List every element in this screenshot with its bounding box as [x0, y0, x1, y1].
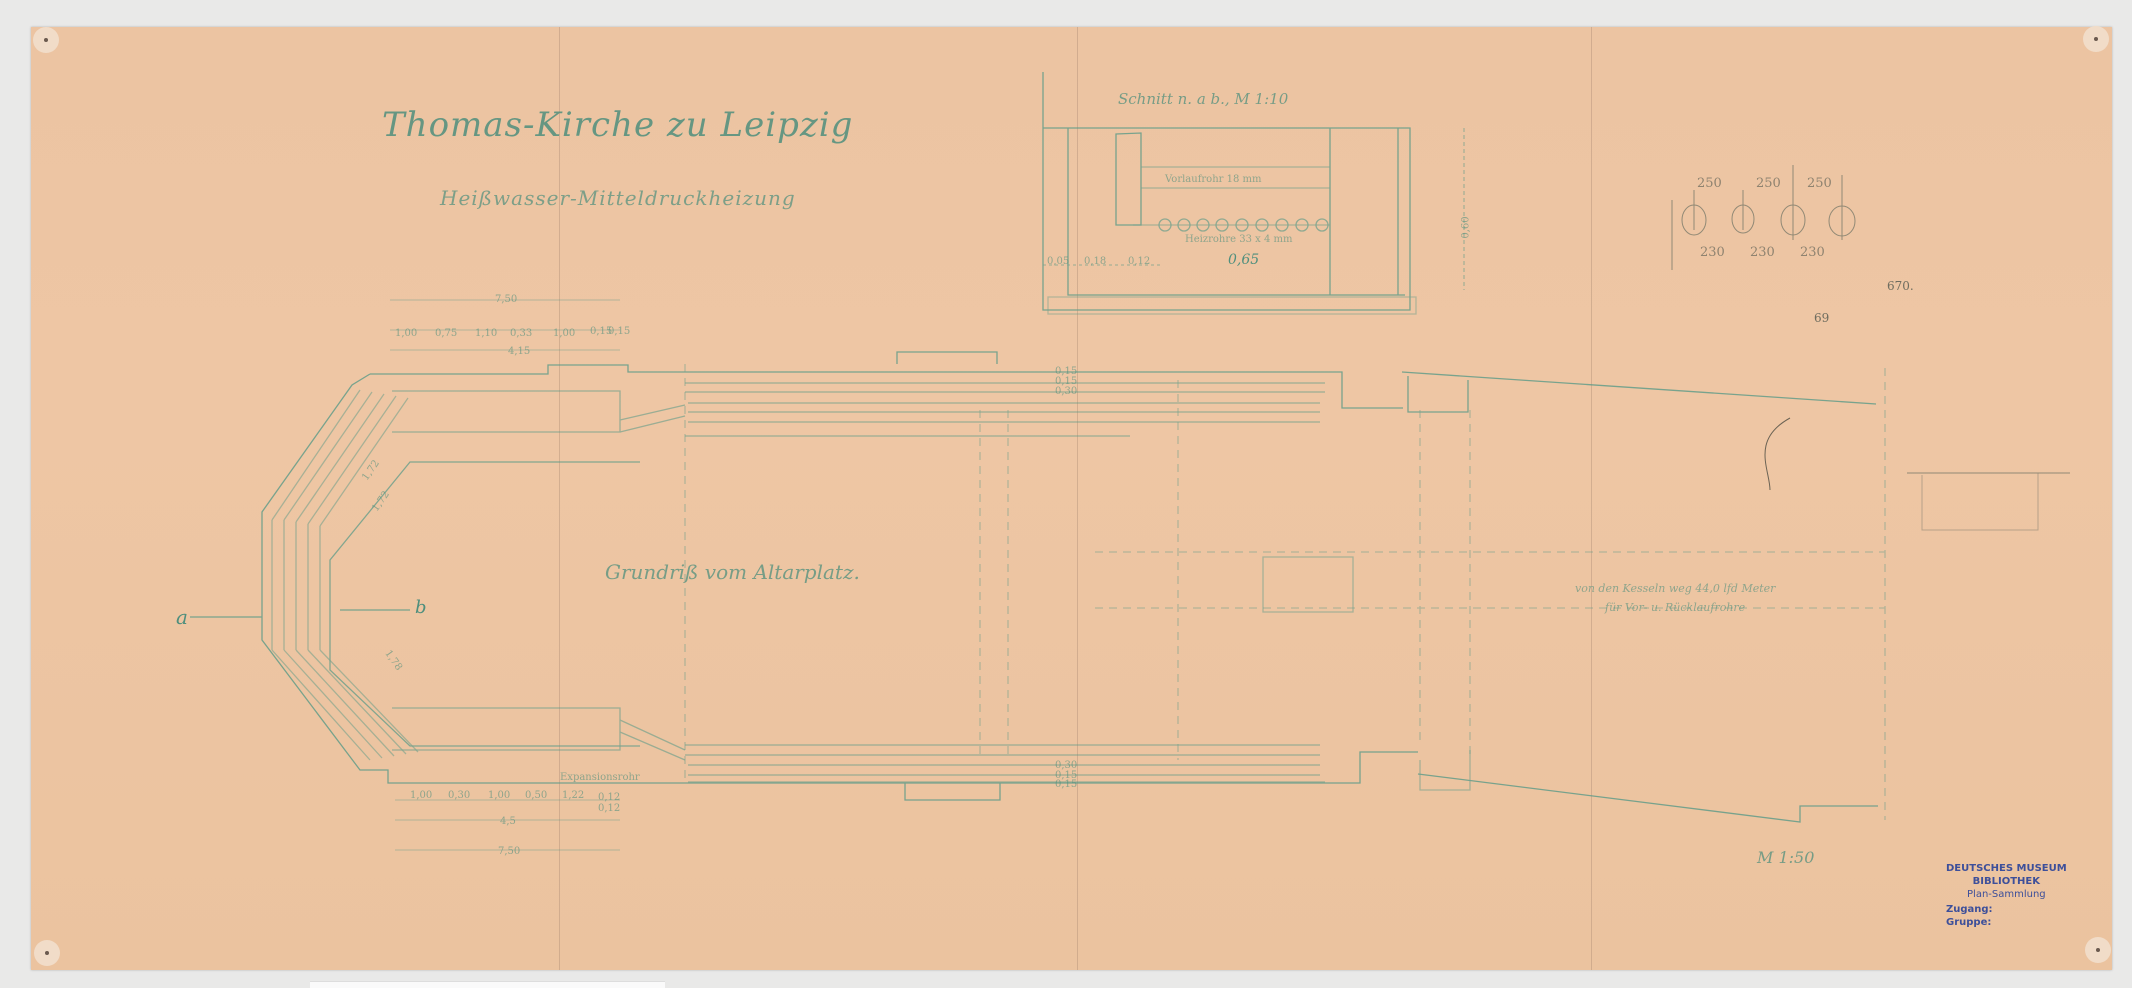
plan-dim: 0,15	[608, 326, 630, 337]
section-title: Schnitt n. a b., M 1:10	[1118, 90, 1288, 108]
pipe-dim-bottom: 230	[1800, 245, 1825, 260]
document-subtitle: Heißwasser-Mitteldruckheizung	[440, 186, 796, 210]
pipe-dim-bottom: 230	[1700, 245, 1725, 260]
pipe-dim-bottom: 230	[1750, 245, 1775, 260]
section-dim: 0,65	[1228, 252, 1259, 268]
pencil-note: 670.	[1887, 279, 1914, 293]
library-stamp: DEUTSCHES MUSEUM BIBLIOTHEK Plan-Sammlun…	[1946, 862, 2067, 929]
section-marker-a: a	[176, 605, 188, 629]
plan-note-line2: für Vor- u. Rücklaufrohre	[1605, 601, 1745, 614]
plan-dim: 0,12	[598, 792, 620, 803]
section-dim: 0,12	[1128, 256, 1150, 267]
run-dim: 0,30	[1055, 386, 1077, 397]
stamp-line: Gruppe:	[1946, 916, 2067, 929]
section-dim: 0,18	[1084, 256, 1106, 267]
plan-dim-bottom-sub: 4,5	[500, 816, 516, 827]
plan-dim-top-total: 7,50	[495, 294, 517, 305]
plan-dim: 0,75	[435, 328, 457, 339]
plan-dim: 1,00	[488, 790, 510, 801]
plan-dim: 1,00	[410, 790, 432, 801]
stamp-line: Zugang:	[1946, 903, 2067, 916]
drawing-linework	[0, 0, 2132, 988]
plan-dim: 1,00	[395, 328, 417, 339]
section-dim: 0,05	[1047, 256, 1069, 267]
scale-label: M 1:50	[1757, 848, 1814, 867]
section-height-dim: 0,60	[1461, 216, 1472, 238]
plan-dim: 0,33	[510, 328, 532, 339]
stamp-line: DEUTSCHES MUSEUM	[1946, 862, 2067, 875]
plan-dim-bottom-total: 7,50	[498, 846, 520, 857]
plan-dim: 1,00	[553, 328, 575, 339]
stamp-line: Plan-Sammlung	[1946, 888, 2067, 901]
stamp-line: BIBLIOTHEK	[1946, 875, 2067, 888]
plan-dim: 1,22	[562, 790, 584, 801]
pipe-dim-top: 250	[1697, 176, 1722, 191]
plan-dim-top-sub: 4,15	[508, 346, 530, 357]
plan-note-line1: von den Kesseln weg 44,0 lfd Meter	[1575, 582, 1775, 595]
pipe-dim-top: 250	[1807, 176, 1832, 191]
section-marker-b: b	[415, 597, 427, 618]
plan-dim: 1,10	[475, 328, 497, 339]
expansion-pipe-label: Expansionsrohr	[560, 772, 640, 783]
adjacent-sheet-edge	[310, 981, 665, 988]
pipe-dim-top: 250	[1756, 176, 1781, 191]
plan-label: Grundriß vom Altarplatz.	[605, 560, 860, 584]
sheet-number: 69	[1814, 311, 1829, 325]
document-title: Thomas-Kirche zu Leipzig	[382, 105, 853, 145]
section-label-lower: Heizrohre 33 x 4 mm	[1185, 234, 1292, 245]
plan-dim: 0,50	[525, 790, 547, 801]
plan-dim-extra: 0,12	[598, 803, 620, 814]
run-dim: 0,15	[1055, 779, 1077, 790]
section-label-upper: Vorlaufrohr 18 mm	[1165, 174, 1261, 185]
plan-dim: 0,30	[448, 790, 470, 801]
